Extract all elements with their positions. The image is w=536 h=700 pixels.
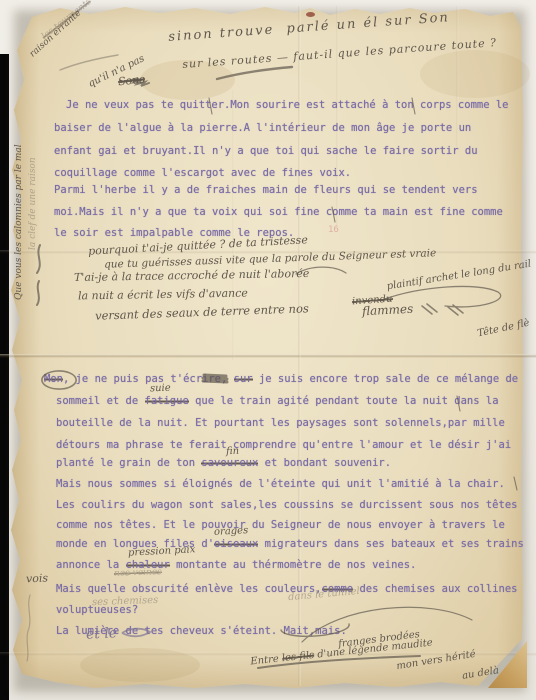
typed-line: annonce la chaleur montante au thérmomèt… — [56, 559, 416, 571]
typed-line: Mais nous sommes si éloignés de l'éteint… — [56, 478, 505, 490]
typed-text: sommeil et de — [56, 395, 145, 407]
typed-line: moi.Mais il n'y a que ta voix qui soi fi… — [54, 206, 503, 218]
pencil-note-struck: nos veines — [114, 567, 162, 579]
typed-text: des chemises aux collines — [353, 583, 517, 595]
typed-text: Mait,mais. — [284, 625, 347, 637]
typed-line: Je ne veux pas te quitter.Mon sourire es… — [66, 99, 509, 111]
margin-note-vertical: Que vous les calomnies par le mal — [14, 144, 24, 300]
scan-edge-black-band — [0, 54, 9, 700]
typed-line: Les coulirs du wagon sont sales,les cous… — [56, 499, 517, 511]
typed-text: migrateurs dans ses bateaux et ses train… — [258, 538, 524, 550]
typed-text: montante au thérmomètre de nos veines. — [170, 559, 417, 571]
handwritten-note-struck: Sous — [117, 73, 145, 89]
struck-word: Mon — [44, 373, 63, 385]
paper-stain — [80, 648, 200, 682]
typed-text: planté le grain de ton — [56, 457, 201, 469]
pencil-insertion: suie — [150, 383, 171, 395]
pencil-note: ses chemises — [92, 595, 159, 608]
pencil-insertion: fin — [226, 446, 240, 457]
ink-fleck — [306, 12, 315, 17]
typed-line: détours ma phrase te ferait comprendre q… — [56, 439, 511, 451]
typed-line: planté le grain de ton savoureux et bond… — [56, 457, 391, 469]
page-number: 16 — [328, 225, 339, 235]
struck-word: fatigue — [145, 395, 189, 407]
typed-line: sommeil et de fatigue que le train agité… — [56, 395, 499, 407]
typed-text: que le train agité pendant toute la nuit… — [189, 395, 499, 407]
typed-line: Mon, je ne puis pas t'écrire, sur je sui… — [44, 373, 518, 385]
horizontal-fold-crease — [0, 354, 536, 358]
handwritten-note: flammes — [362, 302, 414, 319]
typed-text: Mais quelle obscurité enlève les couleur… — [56, 583, 322, 595]
typed-line: comme nos têtes. Et le pouvoir du Seigne… — [56, 519, 505, 531]
struck-word: sur — [234, 373, 253, 385]
pencil-insertion: orages — [214, 525, 249, 538]
struck-word: savoureux — [201, 457, 258, 469]
struck-word: oiseaux — [214, 538, 258, 550]
margin-note-vertical: la clef de une raison — [28, 157, 38, 250]
typed-text: , je ne puis pas t'écrire, — [63, 373, 234, 385]
scanned-letter-page: Je ne veux pas te quitter.Mon sourire es… — [0, 0, 536, 700]
paper-stain — [420, 50, 530, 98]
typed-line: baiser de l'algue à la pierre.A l'intéri… — [54, 122, 471, 134]
typed-line: monde en longues files d'oiseaux migrate… — [56, 538, 524, 550]
typed-line: enfant gai et bruyant.Il n'y a que toi q… — [54, 145, 478, 157]
typed-line: Parmi l'herbe il y a de fraiches main de… — [54, 184, 478, 196]
margin-note: vois — [26, 572, 48, 586]
handwritten-note: et le — [86, 625, 118, 643]
typed-line: coquillage comme l'escargot avec de fine… — [54, 167, 351, 179]
typed-text: je suis encore trop sale de ce mélange d… — [253, 373, 519, 385]
typed-line: bouteille de la nuit. Et pourtant les pa… — [56, 417, 505, 429]
typed-text: et bondant souvenir. — [258, 457, 391, 469]
